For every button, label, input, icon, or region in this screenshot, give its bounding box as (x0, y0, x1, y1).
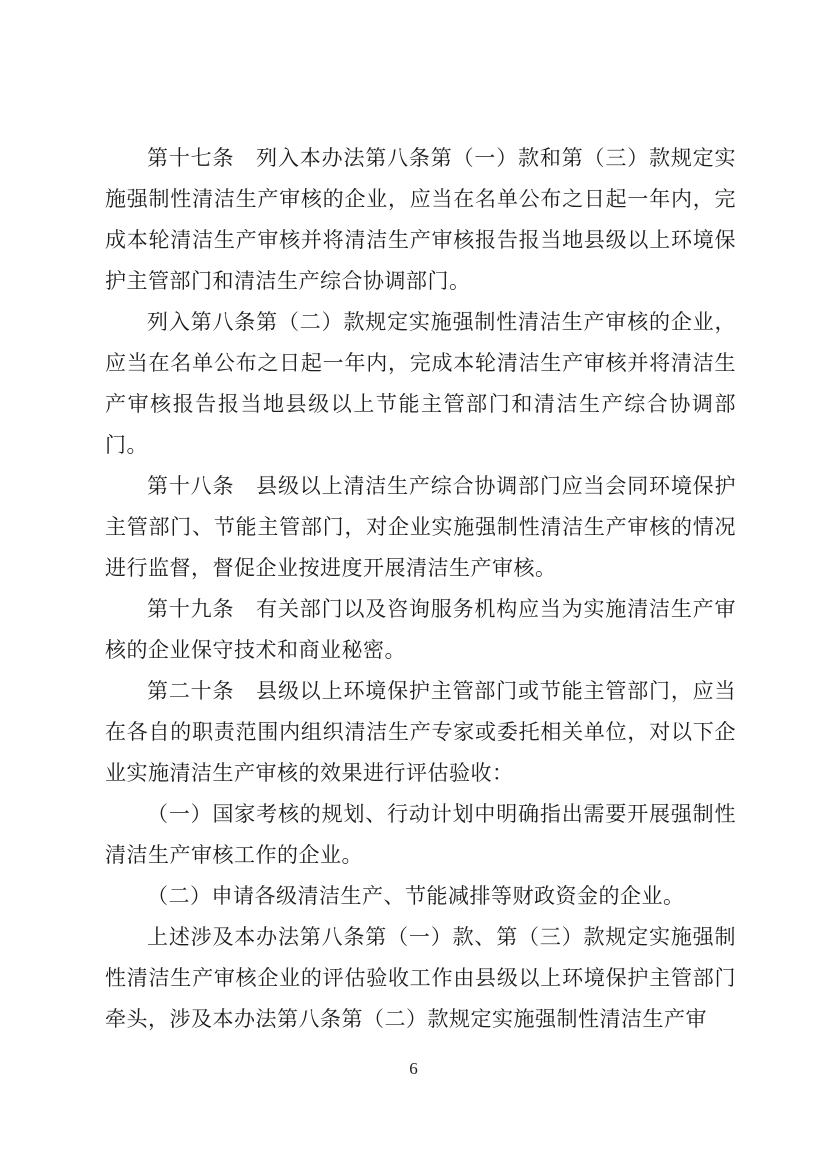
document-body: 第十七条 列入本办法第八条第（一）款和第（三）款规定实施强制性清洁生产审核的企业… (105, 138, 736, 1040)
paragraph-article-19: 第十九条 有关部门以及咨询服务机构应当为实施清洁生产审核的企业保守技术和商业秘密… (105, 589, 736, 671)
paragraph-item-2: （二）申请各级清洁生产、节能减排等财政资金的企业。 (105, 876, 736, 917)
paragraph-article-17-clause-2: 列入第八条第（二）款规定实施强制性清洁生产审核的企业，应当在名单公布之日起一年内… (105, 302, 736, 466)
paragraph-article-20-closing: 上述涉及本办法第八条第（一）款、第（三）款规定实施强制性清洁生产审核企业的评估验… (105, 917, 736, 1040)
paragraph-article-20: 第二十条 县级以上环境保护主管部门或节能主管部门，应当在各自的职责范围内组织清洁… (105, 671, 736, 794)
page-number: 6 (409, 1059, 418, 1078)
paragraph-article-17: 第十七条 列入本办法第八条第（一）款和第（三）款规定实施强制性清洁生产审核的企业… (105, 138, 736, 302)
paragraph-article-18: 第十八条 县级以上清洁生产综合协调部门应当会同环境保护主管部门、节能主管部门，对… (105, 466, 736, 589)
page-footer: 6 (0, 1058, 827, 1080)
document-page: 第十七条 列入本办法第八条第（一）款和第（三）款规定实施强制性清洁生产审核的企业… (0, 0, 827, 1169)
paragraph-item-1: （一）国家考核的规划、行动计划中明确指出需要开展强制性清洁生产审核工作的企业。 (105, 794, 736, 876)
